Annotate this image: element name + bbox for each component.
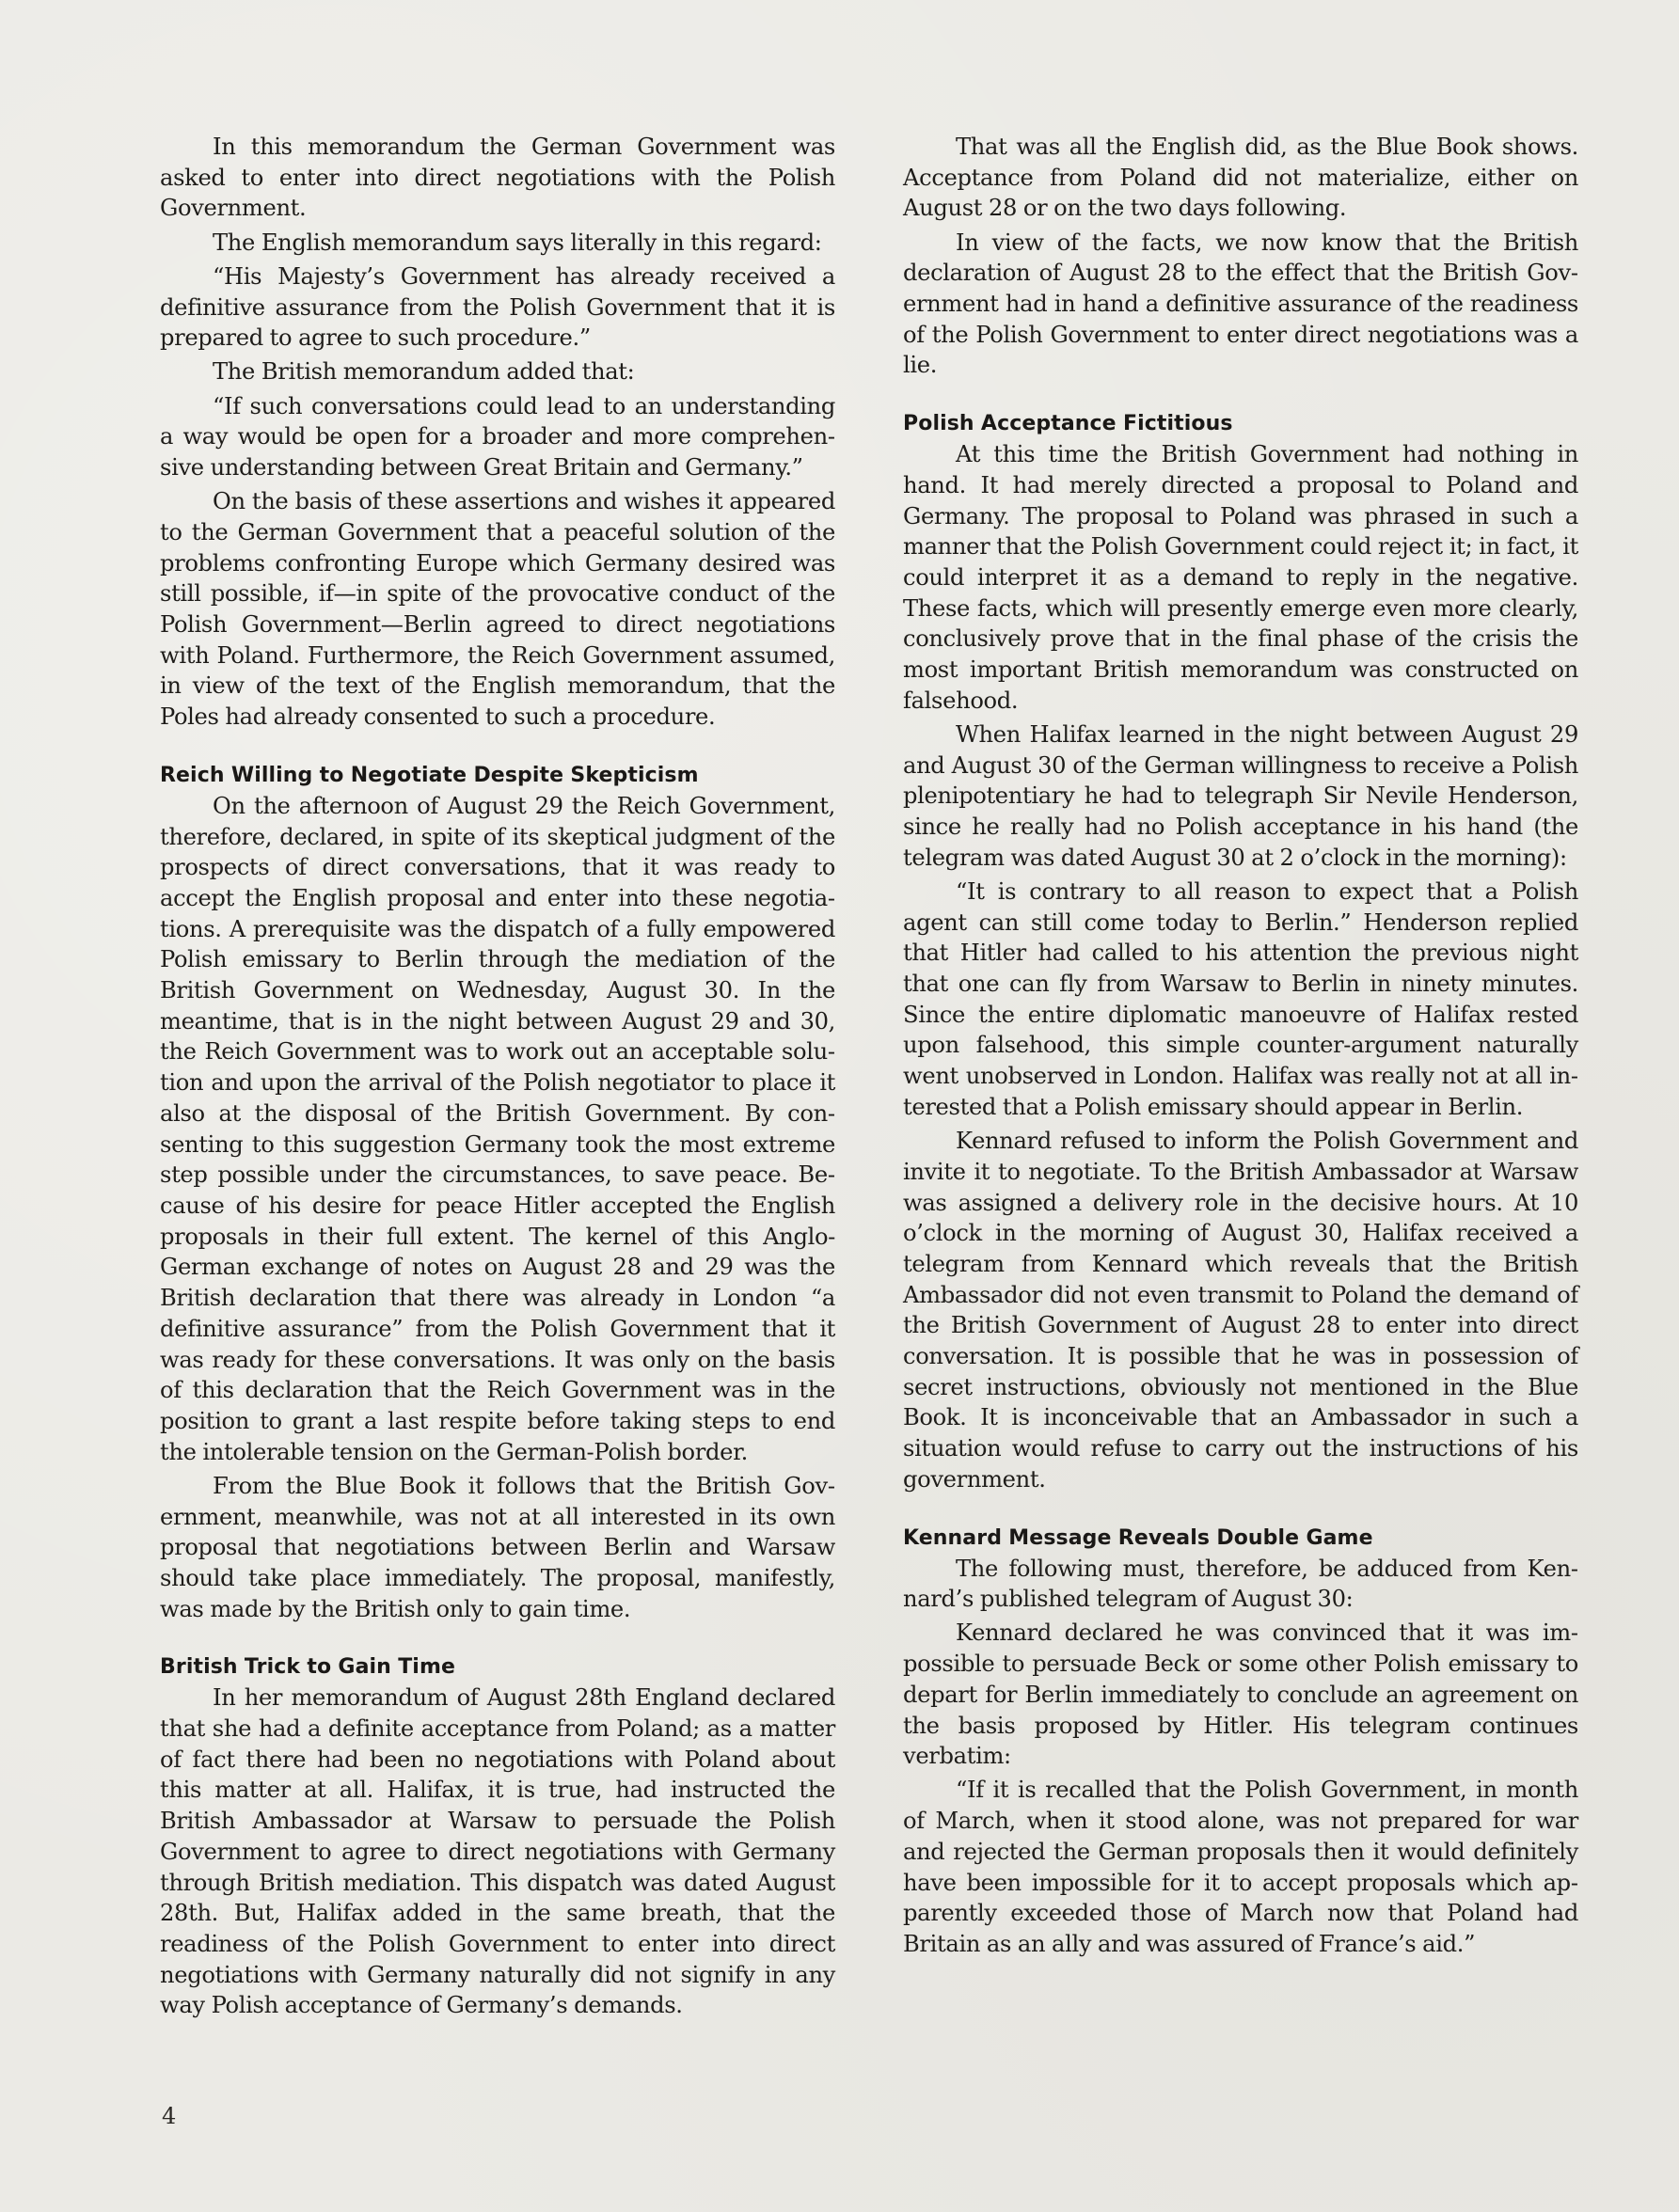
paragraph-nothing-in-hand: At this time the British Government had … [903,439,1578,716]
paragraph-halifax-learned: When Halifax learned in the night betwee… [903,719,1578,874]
paragraph-english-memorandum: The English memorandum says literally in… [160,228,835,259]
section-heading: Polish Acceptance Fictitious [903,409,1578,439]
paragraph-view-of-facts: In view of the facts, we now know that t… [903,228,1578,382]
paragraph-british-memorandum-added: The British memorandum added that: [160,356,835,387]
quote-majesty-government: “His Majesty’s Government has already re… [160,261,835,354]
section-heading: Kennard Message Reveals Double Game [903,1524,1578,1554]
paragraph-her-memorandum: In her memorandum of August 28th England… [160,1683,835,2021]
paragraph-afternoon-august-29: On the afternoon of August 29 the Reich … [160,791,835,1467]
left-column: In this memorandum the German Government… [160,132,835,2025]
paragraph-following-adduced: The following must, therefore, be adduce… [903,1554,1578,1615]
quote-contrary-to-reason: “It is contrary to all reason to expect … [903,877,1578,1123]
quote-telegram-verbatim: “If it is recalled that the Polish Gover… [903,1775,1578,1959]
paragraph-intro: In this memorandum the German Government… [160,132,835,224]
quote-conversations: “If such conversations could lead to an … [160,391,835,483]
section-heading: British Trick to Gain Time [160,1652,835,1683]
page-number: 4 [162,2103,176,2129]
document-page: In this memorandum the German Government… [0,0,1679,2212]
paragraph-all-english-did: That was all the English did, as the Blu… [903,132,1578,224]
section-heading: Reich Willing to Negotiate Despite Skept… [160,761,835,791]
paragraph-basis-assertions: On the basis of these assertions and wis… [160,486,835,733]
paragraph-kennard-refused: Kennard refused to inform the Polish Gov… [903,1126,1578,1494]
paragraph-kennard-declared: Kennard declared he was convinced that i… [903,1618,1578,1772]
paragraph-blue-book-follows: From the Blue Book it follows that the B… [160,1471,835,1625]
right-column: That was all the English did, as the Blu… [903,132,1578,1963]
